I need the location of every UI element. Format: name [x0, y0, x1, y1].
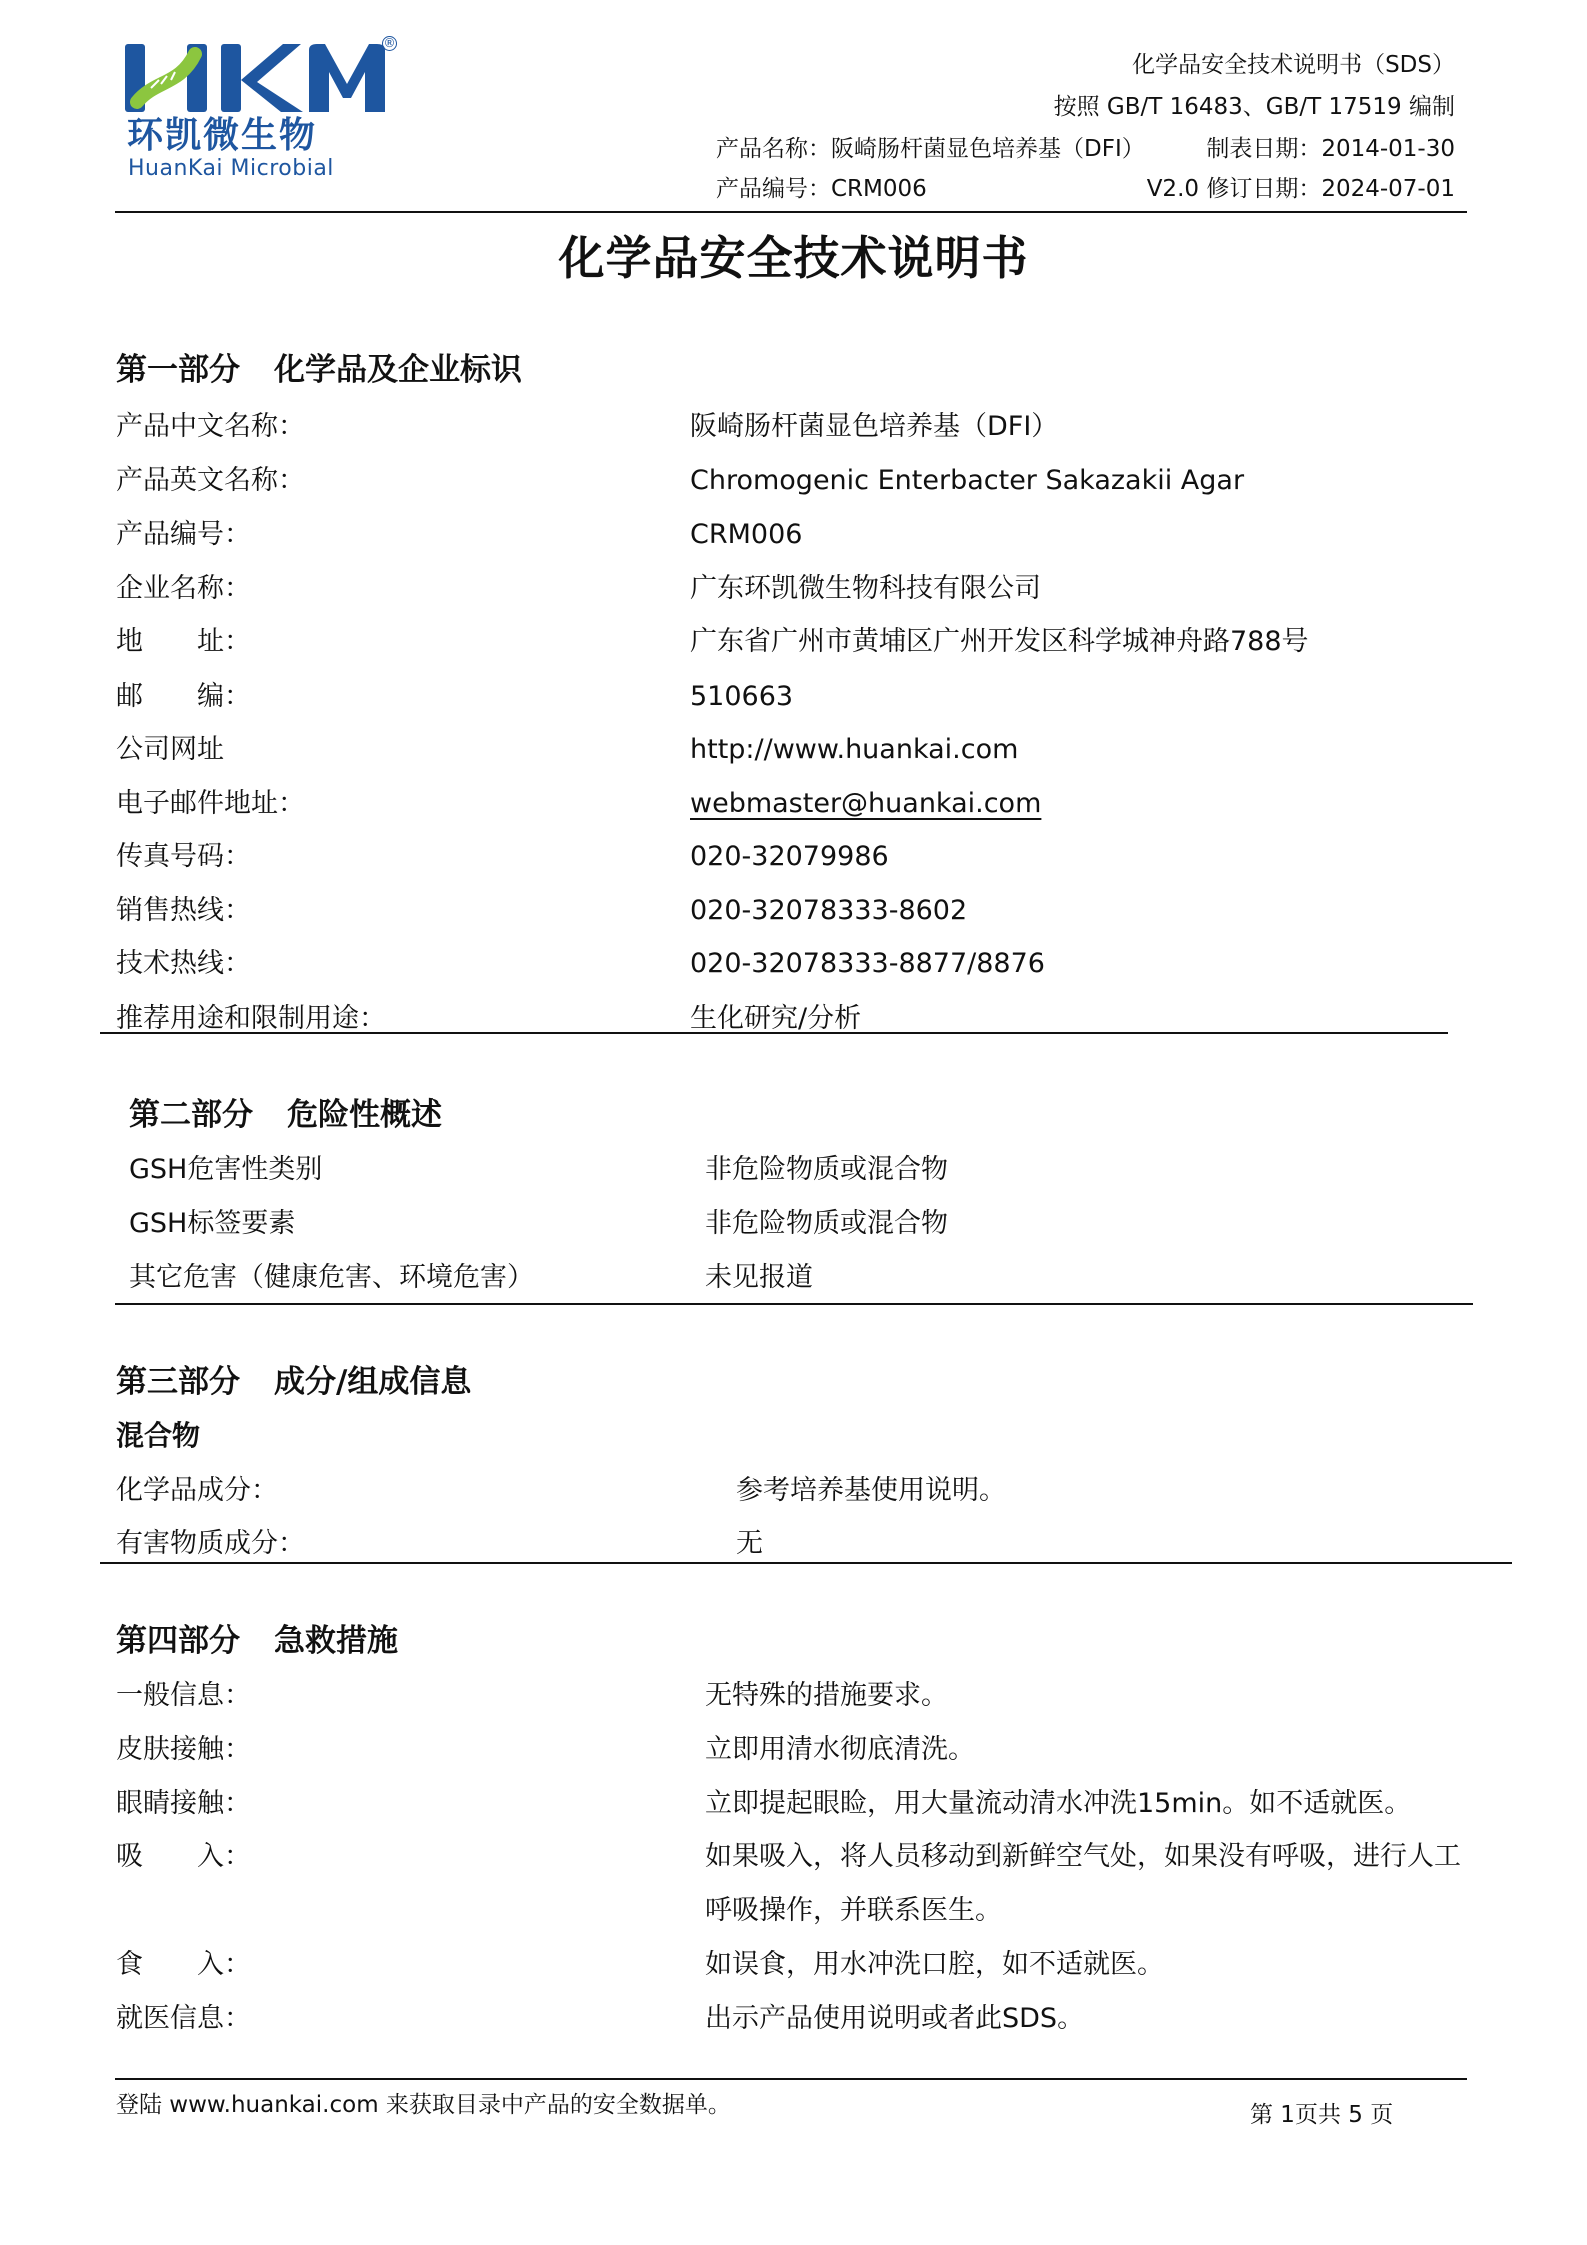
section-1-heading: 第一部分化学品及企业标识	[116, 350, 522, 390]
created-date-label: 制表日期：	[1206, 136, 1321, 162]
row-value: 立即提起眼睑，用大量流动清水冲洗15min。如不适就医。	[705, 1786, 1411, 1822]
section-number: 第三部分	[116, 1364, 240, 1400]
row-value: 无	[736, 1526, 763, 1562]
row-label: 传真号码：	[116, 839, 251, 875]
row-label: 产品编号：	[116, 517, 251, 553]
row-label: GSH危害性类别	[129, 1152, 322, 1188]
section-title: 化学品及企业标识	[274, 352, 522, 388]
row-label: 邮 编：	[116, 679, 251, 715]
section-2-divider	[115, 1303, 1473, 1305]
registered-mark: ®	[382, 36, 397, 51]
row-label: 眼睛接触：	[116, 1786, 251, 1822]
section-4-heading: 第四部分急救措施	[116, 1621, 398, 1661]
row-value: 未见报道	[705, 1260, 813, 1296]
row-label: 其它危害（健康危害、环境危害）	[129, 1260, 534, 1296]
row-label: 产品中文名称：	[116, 409, 305, 445]
row-value: 无特殊的措施要求。	[705, 1678, 948, 1714]
email-link[interactable]: webmaster@huankai.com	[690, 786, 1041, 822]
row-label: 销售热线：	[116, 893, 251, 929]
section-number: 第四部分	[116, 1623, 240, 1659]
footer-divider	[115, 2078, 1467, 2080]
header-divider	[115, 211, 1467, 213]
row-label: 就医信息：	[116, 2001, 251, 2037]
footer-note: 登陆 www.huankai.com 来获取目录中产品的安全数据单。	[116, 2090, 731, 2120]
page-title: 化学品安全技术说明书	[0, 230, 1587, 286]
row-label: 化学品成分：	[116, 1473, 278, 1509]
row-value: 510663	[690, 679, 793, 715]
section-1-divider	[100, 1032, 1448, 1034]
row-value: 020-32078333-8602	[690, 893, 967, 929]
row-label: 公司网址	[116, 732, 224, 768]
product-name-value: 阪崎肠杆菌显色培养基（DFI）	[831, 136, 1145, 162]
row-value: 广东环凯微生物科技有限公司	[690, 571, 1041, 607]
website-link[interactable]: http://www.huankai.com	[690, 732, 1018, 768]
row-label: 吸 入：	[116, 1839, 251, 1875]
row-value: Chromogenic Enterbacter Sakazakii Agar	[690, 463, 1244, 499]
row-label: 电子邮件地址：	[116, 786, 305, 822]
section-title: 成分/组成信息	[274, 1364, 471, 1400]
revision-info: V2.0 修订日期：2024-07-01	[1147, 174, 1455, 204]
row-label: GSH标签要素	[129, 1206, 295, 1242]
row-value: 如误食，用水冲洗口腔，如不适就医。	[705, 1947, 1164, 1983]
logo-name-cn: 环凯微生物	[127, 116, 317, 156]
row-value: CRM006	[690, 517, 802, 553]
row-value: 阪崎肠杆菌显色培养基（DFI）	[690, 409, 1058, 445]
row-value: 如果吸入，将人员移动到新鲜空气处，如果没有呼吸，进行人工呼吸操作，并联系医生。	[705, 1830, 1465, 1938]
product-name-header: 产品名称：阪崎肠杆菌显色培养基（DFI）	[716, 134, 1145, 164]
row-label: 一般信息：	[116, 1678, 251, 1714]
hkm-logo-icon	[125, 40, 385, 116]
row-value: 立即用清水彻底清洗。	[705, 1732, 975, 1768]
row-label: 食 入：	[116, 1947, 251, 1983]
logo-name-en: HuanKai Microbial	[128, 157, 334, 181]
standard: 按照 GB/T 16483、GB/T 17519 编制	[1054, 92, 1455, 122]
mixture-subheading: 混合物	[116, 1418, 200, 1454]
row-value: 020-32079986	[690, 839, 889, 875]
created-date: 制表日期：2014-01-30	[1206, 134, 1455, 164]
row-value: 参考培养基使用说明。	[736, 1473, 1006, 1509]
row-value: 非危险物质或混合物	[705, 1206, 948, 1242]
doc-type: 化学品安全技术说明书（SDS）	[1132, 50, 1455, 80]
row-value: 出示产品使用说明或者此SDS。	[705, 2001, 1084, 2037]
product-code-value: CRM006	[831, 176, 927, 202]
section-3-heading: 第三部分成分/组成信息	[116, 1362, 471, 1402]
row-value: 非危险物质或混合物	[705, 1152, 948, 1188]
section-title: 急救措施	[274, 1623, 398, 1659]
row-label: 技术热线：	[116, 946, 251, 982]
section-number: 第一部分	[116, 352, 240, 388]
created-date-value: 2014-01-30	[1321, 136, 1455, 162]
row-label: 皮肤接触：	[116, 1732, 251, 1768]
section-title: 危险性概述	[287, 1097, 442, 1133]
section-number: 第二部分	[129, 1097, 253, 1133]
product-code-header: 产品编号：CRM006	[716, 174, 927, 204]
row-label: 产品英文名称：	[116, 463, 305, 499]
row-label: 有害物质成分：	[116, 1526, 305, 1562]
row-value: 广东省广州市黄埔区广州开发区科学城神舟路788号	[690, 624, 1309, 660]
row-label: 地 址：	[116, 624, 251, 660]
row-value: 020-32078333-8877/8876	[690, 946, 1045, 982]
page-number: 第 1页共 5 页	[1250, 2100, 1393, 2130]
section-3-divider	[100, 1562, 1512, 1564]
row-label: 企业名称：	[116, 571, 251, 607]
product-name-label: 产品名称：	[716, 136, 831, 162]
section-2-heading: 第二部分危险性概述	[129, 1095, 442, 1135]
product-code-label: 产品编号：	[716, 176, 831, 202]
